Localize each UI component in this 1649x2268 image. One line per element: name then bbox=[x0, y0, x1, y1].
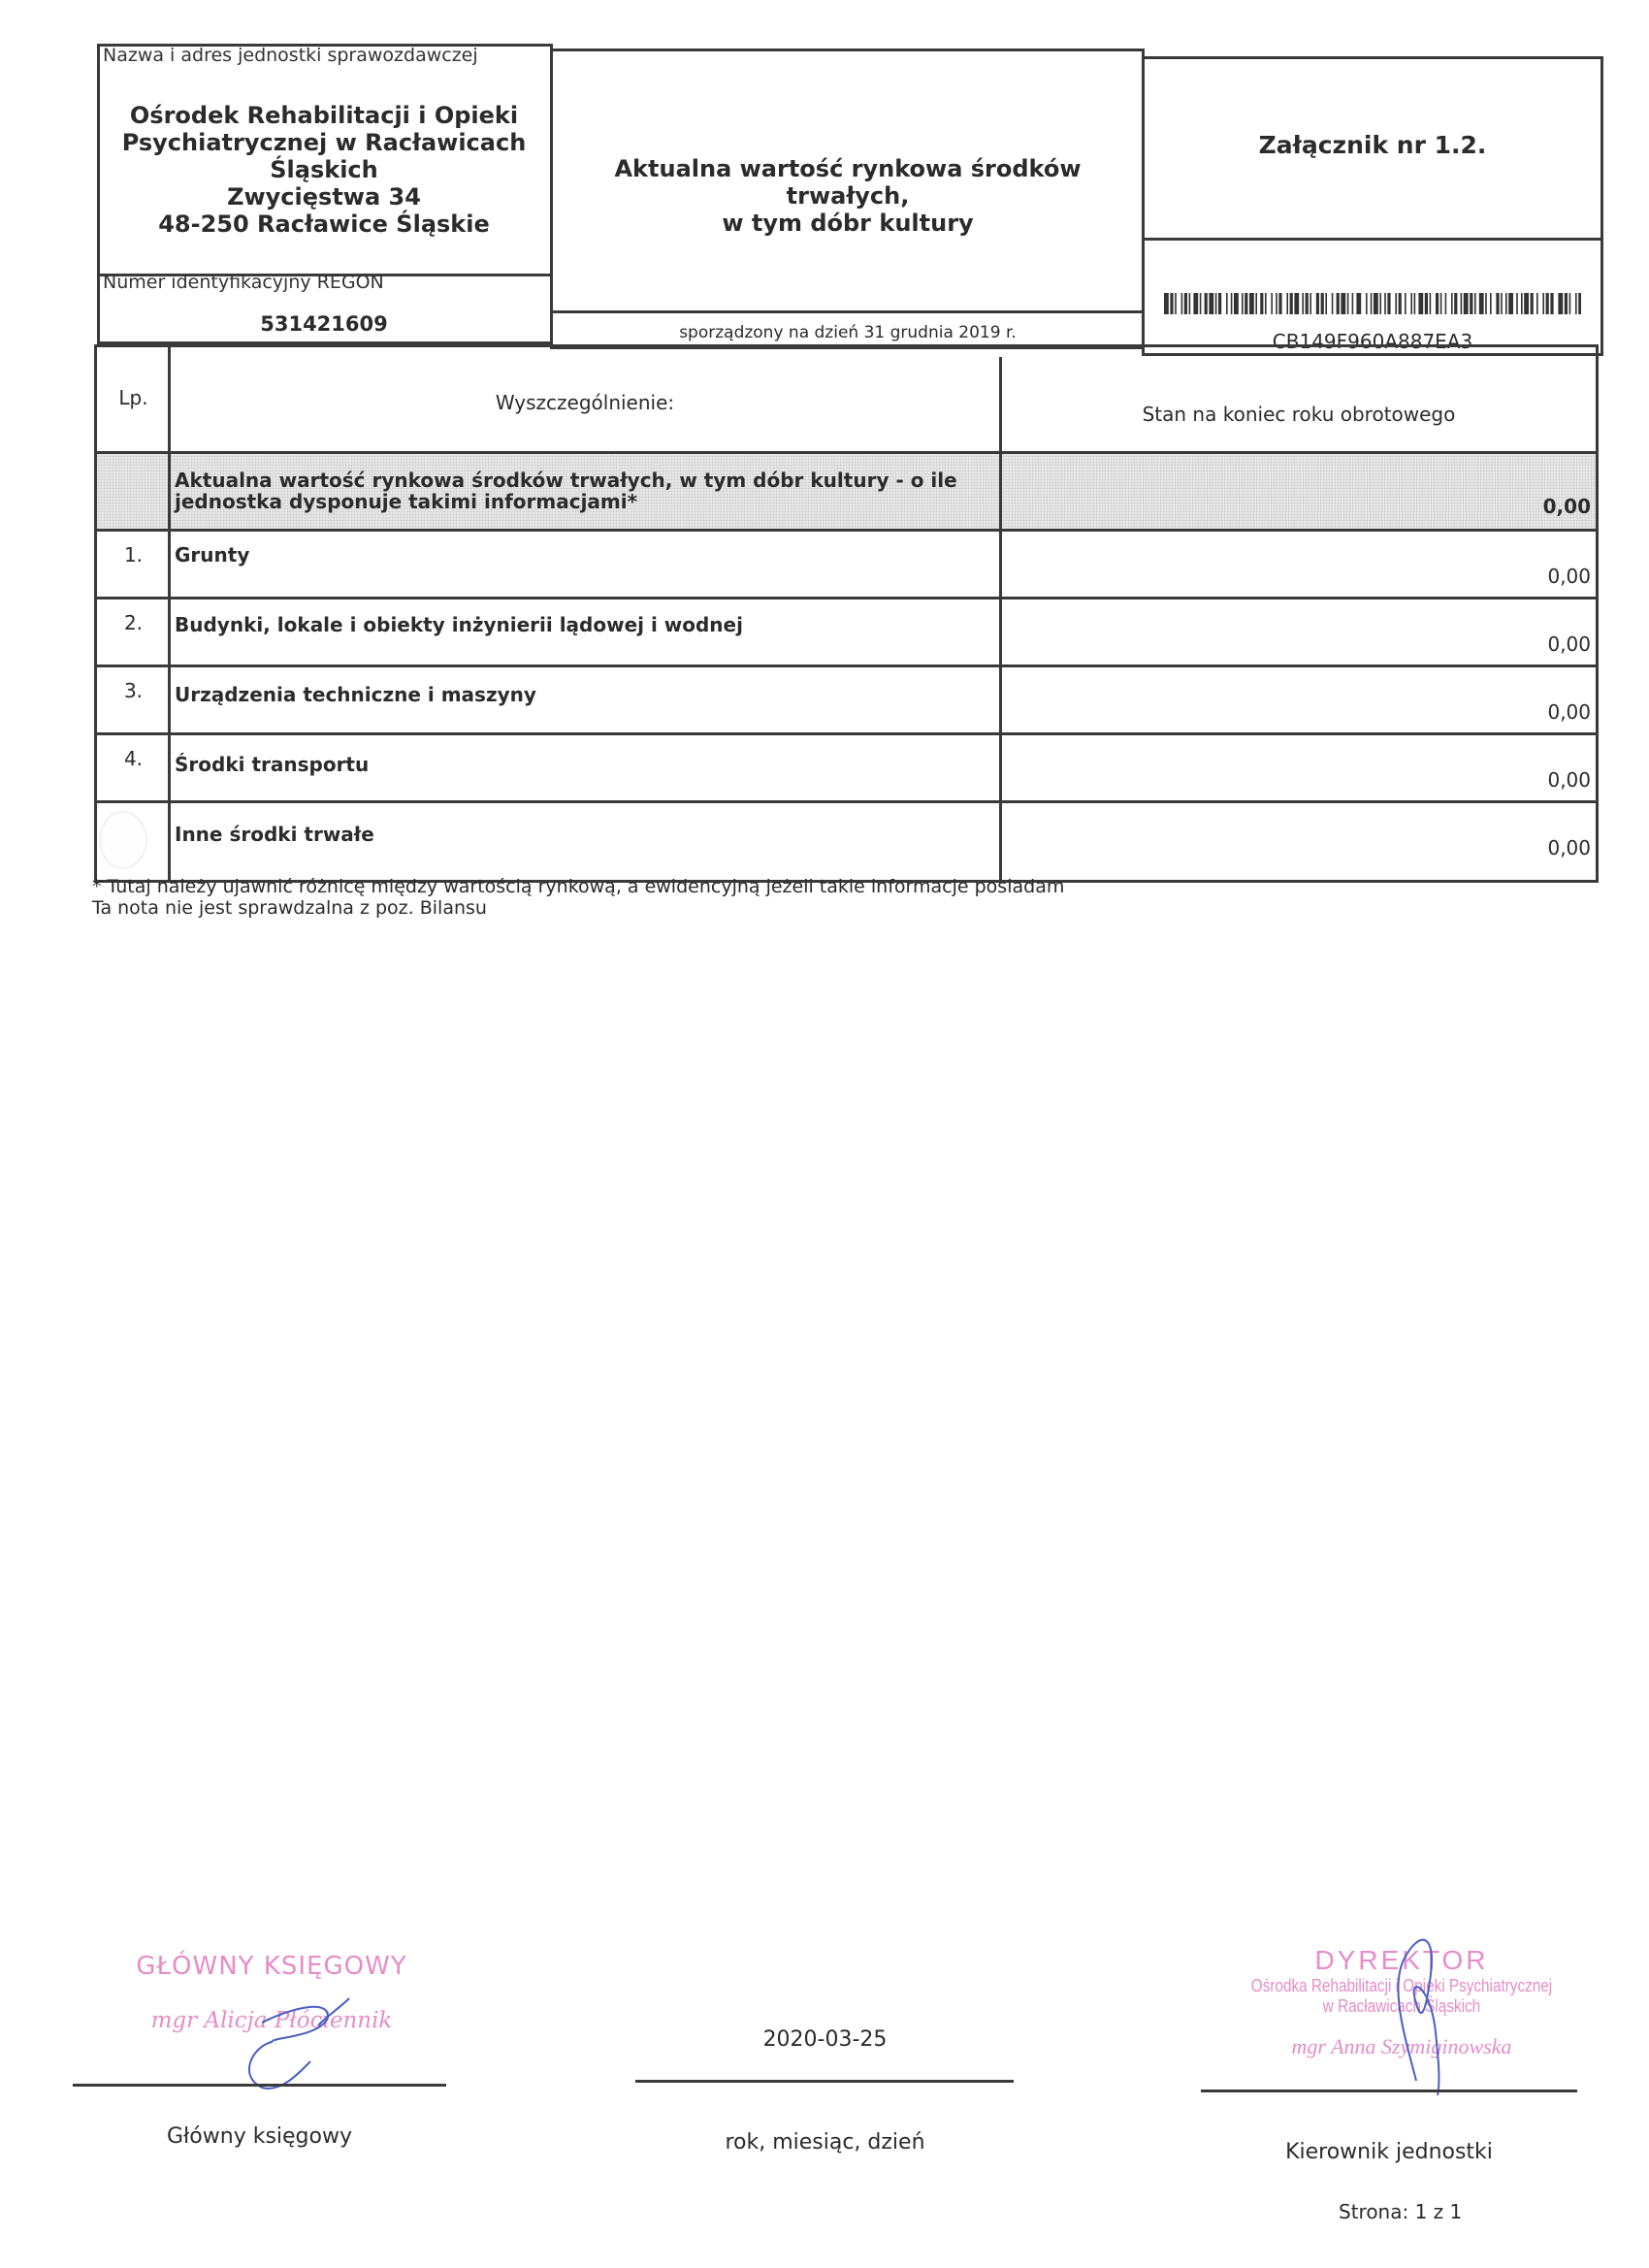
summary-row-description: Aktualna wartość rynkowa środków trwałyc… bbox=[175, 470, 957, 512]
date-line bbox=[635, 2080, 1014, 2083]
column-header-value: Stan na koniec roku obrotowego bbox=[1002, 403, 1596, 426]
row-value: 0,00 bbox=[1547, 836, 1591, 859]
regon-label: Numer identyfikacyjny REGON bbox=[103, 272, 384, 293]
regon-value: 531421609 bbox=[97, 312, 551, 336]
row-number: 1. bbox=[97, 543, 170, 567]
row-value: 0,00 bbox=[1547, 565, 1591, 588]
unit-name: Ośrodek Rehabilitacji i Opieki Psychiatr… bbox=[97, 102, 551, 238]
accountant-signature bbox=[223, 1979, 359, 2090]
unit-name-line: Zwycięstwa 34 bbox=[97, 183, 551, 211]
signing-date: 2020-03-25 bbox=[638, 2027, 1012, 2052]
accountant-signature-line bbox=[73, 2084, 446, 2087]
document-title-line: w tym dóbr kultury bbox=[553, 210, 1143, 237]
row-value: 0,00 bbox=[1547, 632, 1591, 656]
annex-number: Załącznik nr 1.2. bbox=[1143, 131, 1602, 159]
date-caption: rok, miesiąc, dzień bbox=[638, 2130, 1012, 2155]
row-number: 3. bbox=[97, 679, 170, 702]
director-signature bbox=[1377, 1926, 1455, 2095]
stamp-title: GŁÓWNY KSIĘGOWY bbox=[116, 1952, 427, 1981]
column-header-lp: Lp. bbox=[97, 386, 170, 409]
column-header-description: Wyszczególnienie: bbox=[171, 391, 999, 414]
row-number: 2. bbox=[97, 611, 170, 634]
unit-name-line: Psychiatrycznej w Racławicach bbox=[97, 129, 551, 156]
row-description: Inne środki trwałe bbox=[175, 823, 374, 846]
footnote: * Tutaj należy ujawnić różnicę między wa… bbox=[92, 876, 1064, 919]
footnote-line: * Tutaj należy ujawnić różnicę między wa… bbox=[92, 876, 1064, 897]
row-number: 4. bbox=[97, 747, 170, 770]
row-description: Urządzenia techniczne i maszyny bbox=[175, 683, 536, 706]
row-value: 0,00 bbox=[1547, 768, 1591, 792]
row-description: Grunty bbox=[175, 543, 249, 567]
document-title-line: Aktualna wartość rynkowa środków trwałyc… bbox=[553, 155, 1143, 210]
unit-name-line: Śląskich bbox=[97, 156, 551, 183]
row-description: Budynki, lokale i obiekty inżynierii ląd… bbox=[175, 613, 743, 636]
hole-punch-mark bbox=[101, 813, 145, 867]
table-divider bbox=[94, 800, 1599, 803]
summary-row-value: 0,00 bbox=[1543, 495, 1591, 518]
row-description: Środki transportu bbox=[175, 753, 369, 776]
table-divider bbox=[94, 529, 1599, 532]
unit-label: Nazwa i adres jednostki sprawozdawczej bbox=[103, 45, 478, 66]
prepared-date: sporządzony na dzień 31 grudnia 2019 r. bbox=[553, 323, 1143, 342]
table-divider bbox=[94, 451, 1599, 454]
unit-name-line: 48-250 Racławice Śląskie bbox=[97, 211, 551, 238]
row-value: 0,00 bbox=[1547, 700, 1591, 724]
table-divider bbox=[94, 664, 1599, 667]
barcode-icon bbox=[1164, 293, 1581, 314]
director-caption: Kierownik jednostki bbox=[1201, 2140, 1577, 2164]
unit-name-line: Ośrodek Rehabilitacji i Opieki bbox=[97, 102, 551, 129]
footnote-line: Ta nota nie jest sprawdzalna z poz. Bila… bbox=[92, 897, 1064, 919]
table-divider bbox=[94, 597, 1599, 599]
accountant-caption: Główny księgowy bbox=[73, 2124, 446, 2149]
page-number: Strona: 1 z 1 bbox=[1339, 2200, 1462, 2223]
document-title: Aktualna wartość rynkowa środków trwałyc… bbox=[553, 155, 1143, 237]
director-signature-line bbox=[1201, 2090, 1577, 2092]
table-divider bbox=[94, 732, 1599, 735]
